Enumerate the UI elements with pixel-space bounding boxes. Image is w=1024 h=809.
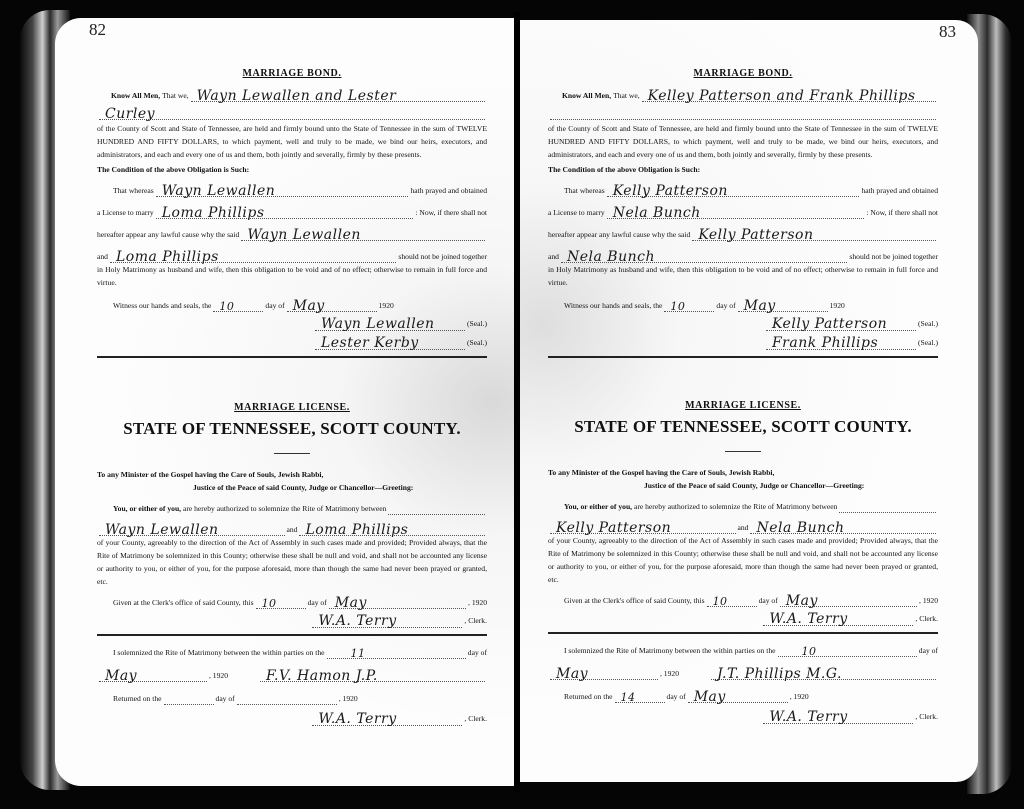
- license-to-marry-line: a License to marry Nela Bunch : Now, if …: [548, 206, 938, 219]
- marriage-bond: MARRIAGE BOND. Know All Men, That we, Wa…: [97, 68, 487, 358]
- groom-again-field: Wayn Lewallen: [241, 229, 485, 241]
- witness-month-field: May: [287, 300, 377, 312]
- page-number: 82: [89, 20, 106, 40]
- solemnized-line: I solemnized the Rite of Matrimony betwe…: [548, 644, 938, 657]
- returned-line: Returned on the 14 day of May , 1920: [548, 690, 938, 703]
- that-whereas-line: That whereas Kelly Patterson hath prayed…: [548, 184, 938, 197]
- signature-field: Frank Phillips: [766, 338, 916, 350]
- return-clerk-signature-line: W.A. Terry , Clerk.: [548, 709, 938, 724]
- page-right: 83 MARRIAGE BOND. Know All Men, That we,…: [520, 20, 978, 782]
- bride-field: Nela Bunch: [607, 207, 865, 219]
- marriage-license: MARRIAGE LICENSE. STATE OF TENNESSEE, SC…: [97, 402, 487, 726]
- holy-matrimony-text: in Holy Matrimony as husband and wife, t…: [548, 263, 938, 289]
- clerk-signature-line: W.A. Terry , Clerk.: [548, 611, 938, 626]
- marriage-bond: MARRIAGE BOND. Know All Men, That we, Ke…: [548, 68, 938, 358]
- signature-line-1: Wayn Lewallen (Seal.): [97, 316, 487, 331]
- principals-line-2: Curley: [97, 108, 487, 120]
- officiant-field: J.T. Phillips M.G.: [711, 668, 936, 680]
- hereafter-line: hereafter appear any lawful cause why th…: [97, 228, 487, 241]
- principals-field: Kelley Patterson and Frank Phillips: [642, 90, 936, 102]
- bride-field: Loma Phillips: [156, 207, 414, 219]
- principals-field: Wayn Lewallen and Lester: [191, 90, 485, 102]
- condition-label: The Condition of the above Obligation is…: [97, 163, 487, 176]
- short-divider: [274, 453, 310, 454]
- know-all-men-line: Know All Men, That we, Kelley Patterson …: [548, 89, 938, 102]
- returned-line: Returned on the day of , 1920: [97, 692, 487, 705]
- authorize-line: You, or either of you, are hereby author…: [548, 500, 938, 513]
- know-all-men-line: Know All Men, That we, Wayn Lewallen and…: [97, 89, 487, 102]
- clerk-signature-line: W.A. Terry , Clerk.: [97, 613, 487, 628]
- principals-line-2: [548, 108, 938, 120]
- groom-field: Wayn Lewallen: [156, 185, 409, 197]
- license-body: of your County, agreeably to the directi…: [548, 534, 938, 586]
- witness-month-field: May: [738, 300, 828, 312]
- solemnized-date-line: May , 1920 F.V. Hamon J.P.: [97, 669, 487, 682]
- parties-line: Wayn Lewallen and Loma Phillips: [97, 523, 487, 536]
- given-line: Given at the Clerk's office of said Coun…: [548, 594, 938, 607]
- holy-matrimony-text: in Holy Matrimony as husband and wife, t…: [97, 263, 487, 289]
- solemnized-date-line: May , 1920 J.T. Phillips M.G.: [548, 667, 938, 680]
- signature-line-2: Frank Phillips (Seal.): [548, 335, 938, 350]
- state-title: STATE OF TENNESSEE, SCOTT COUNTY.: [97, 419, 487, 439]
- ledger-book-spread: 82 MARRIAGE BOND. Know All Men, That we,…: [0, 0, 1024, 809]
- party2-field: Loma Phillips: [299, 524, 485, 536]
- license-to-marry-line: a License to marry Loma Phillips : Now, …: [97, 206, 487, 219]
- signature-line-2: Lester Kerby (Seal.): [97, 335, 487, 350]
- short-divider: [725, 451, 761, 452]
- section-divider: [97, 356, 487, 358]
- page-number: 83: [939, 22, 956, 42]
- witness-day-field: 10: [213, 300, 263, 312]
- groom-field: Kelly Patterson: [607, 185, 860, 197]
- solemnized-line: I solemnized the Rite of Matrimony betwe…: [97, 646, 487, 659]
- bride-again-field: Nela Bunch: [561, 251, 847, 263]
- officiant-field: F.V. Hamon J.P.: [260, 670, 485, 682]
- party2-field: Nela Bunch: [750, 522, 936, 534]
- groom-again-field: Kelly Patterson: [692, 229, 936, 241]
- authorize-line: You, or either of you, are hereby author…: [97, 502, 487, 515]
- bride-again-field: Loma Phillips: [110, 251, 396, 263]
- marriage-license: MARRIAGE LICENSE. STATE OF TENNESSEE, SC…: [548, 400, 938, 724]
- page-left: 82 MARRIAGE BOND. Know All Men, That we,…: [55, 18, 515, 786]
- signature-field: Kelly Patterson: [766, 319, 916, 331]
- license-heading: MARRIAGE LICENSE.: [97, 402, 487, 413]
- bond-heading: MARRIAGE BOND.: [548, 68, 938, 79]
- bond-body: of the County of Scott and State of Tenn…: [97, 122, 487, 161]
- and-line: and Loma Phillips should not be joined t…: [97, 250, 487, 263]
- condition-label: The Condition of the above Obligation is…: [548, 163, 938, 176]
- witness-line: Witness our hands and seals, the 10 day …: [548, 299, 938, 312]
- license-heading: MARRIAGE LICENSE.: [548, 400, 938, 411]
- salutation-1: To any Minister of the Gospel having the…: [97, 468, 487, 481]
- signature-field: Lester Kerby: [315, 338, 465, 350]
- state-title: STATE OF TENNESSEE, SCOTT COUNTY.: [548, 417, 938, 437]
- that-whereas-line: That whereas Wayn Lewallen hath prayed a…: [97, 184, 487, 197]
- hereafter-line: hereafter appear any lawful cause why th…: [548, 228, 938, 241]
- license-body: of your County, agreeably to the directi…: [97, 536, 487, 588]
- section-divider: [97, 634, 487, 636]
- bond-heading: MARRIAGE BOND.: [97, 68, 487, 79]
- salutation-1: To any Minister of the Gospel having the…: [548, 466, 938, 479]
- given-line: Given at the Clerk's office of said Coun…: [97, 596, 487, 609]
- witness-line: Witness our hands and seals, the 10 day …: [97, 299, 487, 312]
- section-divider: [548, 632, 938, 634]
- parties-line: Kelly Patterson and Nela Bunch: [548, 521, 938, 534]
- section-divider: [548, 356, 938, 358]
- return-clerk-signature-line: W.A. Terry , Clerk.: [97, 711, 487, 726]
- salutation-2: Justice of the Peace of said County, Jud…: [97, 481, 487, 494]
- signature-line-1: Kelly Patterson (Seal.): [548, 316, 938, 331]
- party1-field: Wayn Lewallen: [99, 524, 285, 536]
- salutation-2: Justice of the Peace of said County, Jud…: [548, 479, 938, 492]
- signature-field: Wayn Lewallen: [315, 319, 465, 331]
- bond-body: of the County of Scott and State of Tenn…: [548, 122, 938, 161]
- party1-field: Kelly Patterson: [550, 522, 736, 534]
- witness-day-field: 10: [664, 300, 714, 312]
- and-line: and Nela Bunch should not be joined toge…: [548, 250, 938, 263]
